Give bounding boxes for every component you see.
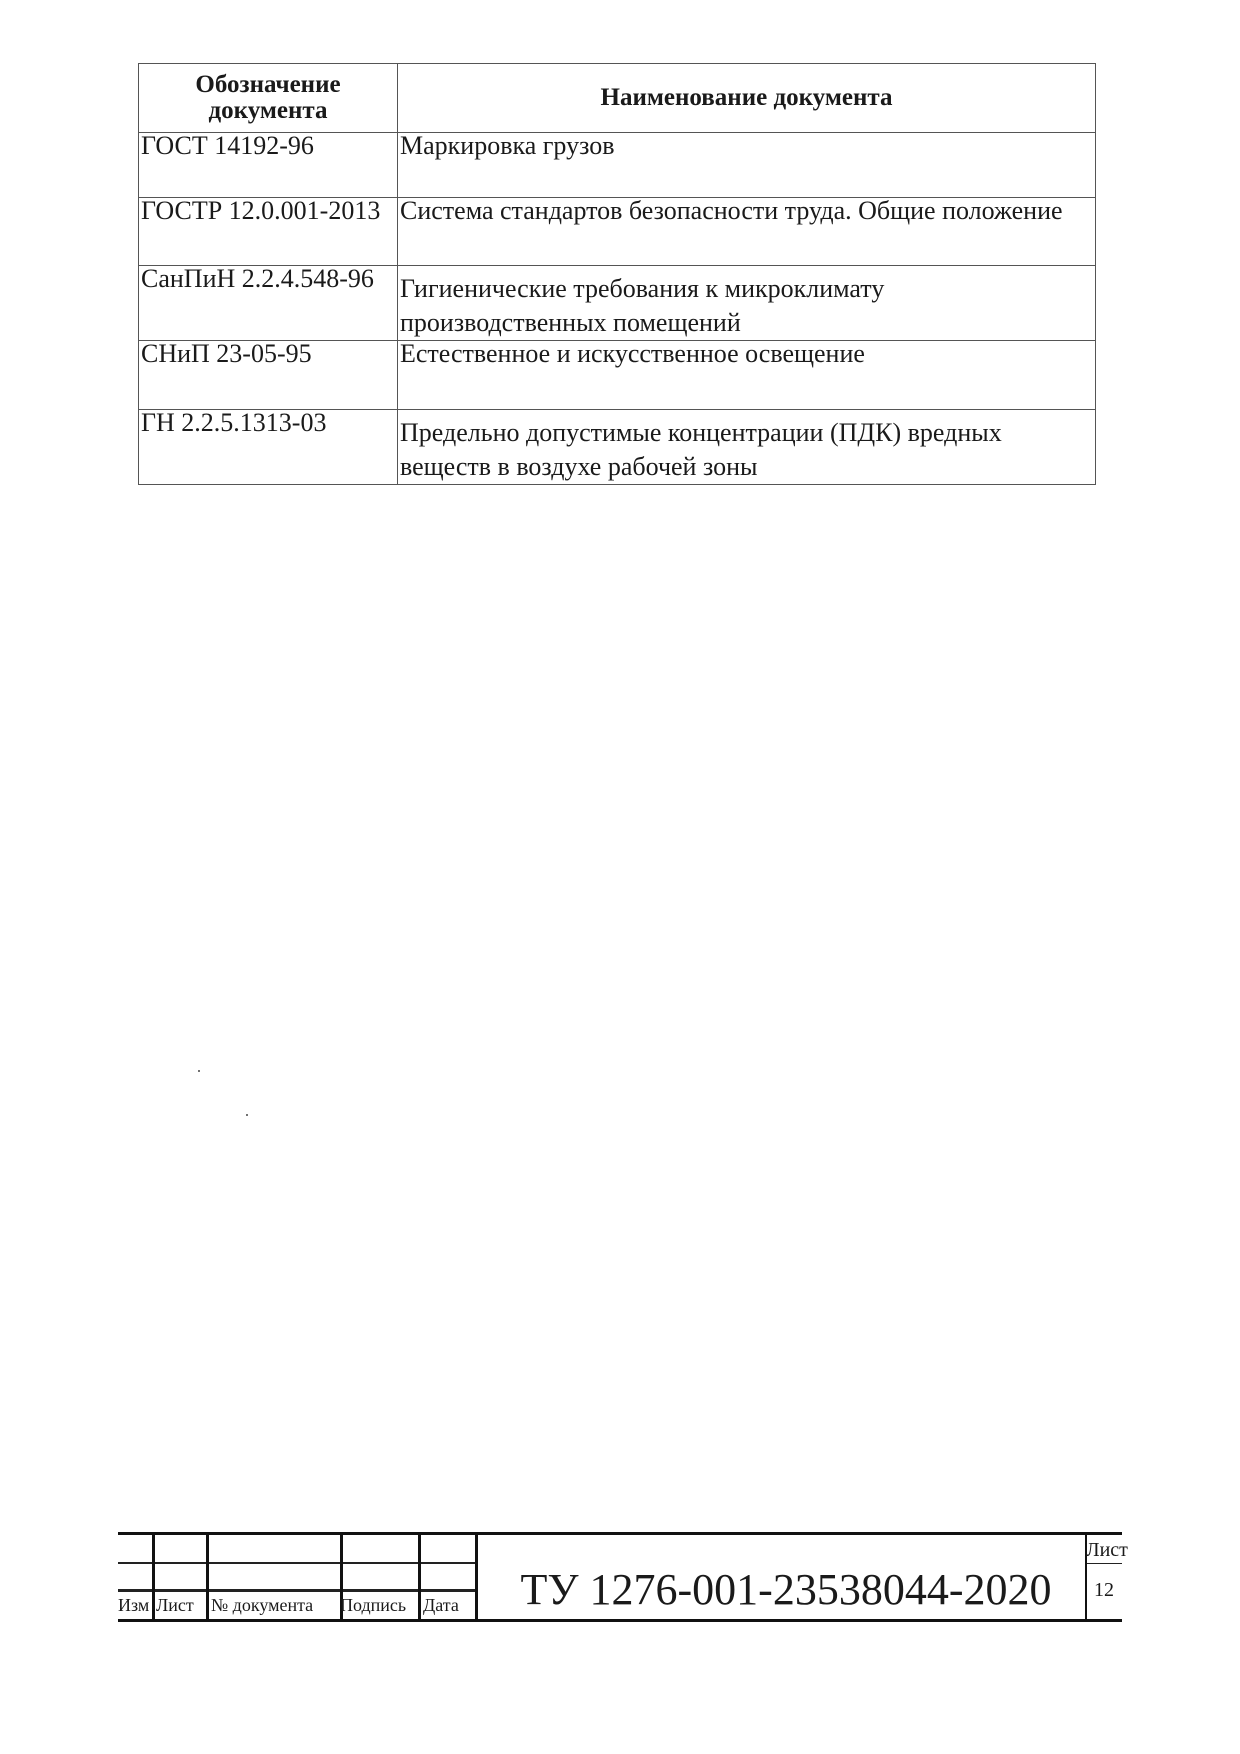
table-row: ГН 2.2.5.1313-03 Предельно допустимые ко… [139, 410, 1096, 485]
title-block: Изм Лист № документа Подпись Дата ТУ 127… [118, 1532, 1122, 1622]
stamp-label-change: Изм [118, 1595, 149, 1615]
reference-documents-table: Обозначение документа Наименование докум… [138, 63, 1096, 485]
table-row: СанПиН 2.2.4.548-96 Гигиенические требов… [139, 266, 1096, 341]
stamp-divider [1086, 1563, 1122, 1564]
stamp-column-line [206, 1535, 209, 1619]
doc-name: Естественное и искусственное освещение [398, 341, 1096, 410]
stamp-column-line [418, 1535, 421, 1619]
scan-speck [198, 1070, 200, 1072]
scan-speck [246, 1114, 248, 1116]
table-row: ГОСТР 12.0.001-2013 Система стандартов б… [139, 198, 1096, 266]
doc-code: ГОСТР 12.0.001-2013 [139, 198, 398, 266]
doc-code: СанПиН 2.2.4.548-96 [139, 266, 398, 341]
stamp-divider [118, 1589, 478, 1592]
doc-name: Гигиенические требования к микроклимату … [398, 266, 1096, 341]
sheet-number: 12 [1086, 1579, 1122, 1602]
table-row: ГОСТ 14192-96 Маркировка грузов [139, 133, 1096, 198]
stamp-label-date: Дата [423, 1595, 459, 1615]
doc-name: Предельно допустимые концентрации (ПДК) … [398, 410, 1096, 485]
doc-code: ГН 2.2.5.1313-03 [139, 410, 398, 485]
table-header-row: Обозначение документа Наименование докум… [139, 64, 1096, 133]
header-designation: Обозначение документа [139, 64, 398, 133]
stamp-column-line [152, 1535, 155, 1619]
stamp-label-sheet: Лист [156, 1595, 194, 1615]
sheet-label: Лист [1086, 1539, 1128, 1562]
doc-name: Система стандартов безопасности труда. О… [398, 198, 1096, 266]
document-code: ТУ 1276-001-23538044-2020 [476, 1565, 1096, 1615]
stamp-label-signature: Подпись [340, 1595, 406, 1615]
stamp-label-doc-number: № документа [211, 1595, 313, 1615]
doc-code: СНиП 23-05-95 [139, 341, 398, 410]
table-row: СНиП 23-05-95 Естественное и искусственн… [139, 341, 1096, 410]
doc-code: ГОСТ 14192-96 [139, 133, 398, 198]
stamp-divider [118, 1562, 478, 1564]
header-name: Наименование документа [398, 64, 1096, 133]
doc-name: Маркировка грузов [398, 133, 1096, 198]
